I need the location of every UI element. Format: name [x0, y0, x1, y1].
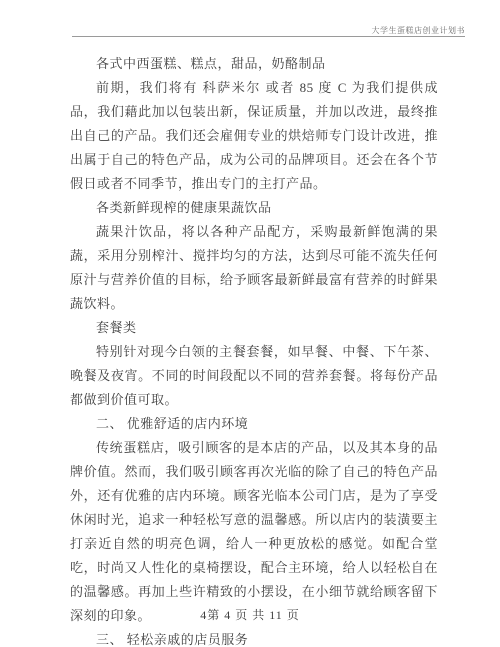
section-heading: 二、 优雅舒适的店内环境 [70, 412, 438, 436]
section-heading: 三、 轻松亲戚的店员服务 [70, 628, 438, 647]
paragraph: 蔬果汁饮品，将以各种产品配方，采购最新鲜饱满的果蔬，采用分别榨汁、搅拌均匀的方法… [70, 220, 438, 316]
document-body: 各式中西蛋糕、糕点，甜品，奶酪制品 前期，我们将有 科萨米尔 或者 85 度 C… [70, 52, 438, 647]
paragraph: 套餐类 [70, 316, 438, 340]
page-footer: 4第 4 页 共 11 页 [0, 606, 500, 623]
header-rule-divider [72, 36, 465, 37]
paragraph: 传统蛋糕店，吸引顾客的是本店的产品，以及其本身的品牌价值。然而，我们吸引顾客再次… [70, 436, 438, 628]
document-page: 大学生蛋糕店创业计划书 各式中西蛋糕、糕点，甜品，奶酪制品 前期，我们将有 科萨… [0, 0, 500, 647]
page-number: 4第 4 页 共 11 页 [200, 608, 300, 622]
header-title: 大学生蛋糕店创业计划书 [372, 25, 466, 36]
paragraph: 前期，我们将有 科萨米尔 或者 85 度 C 为我们提供成品，我们藉此加以包装出… [70, 76, 438, 196]
paragraph: 各类新鲜现榨的健康果蔬饮品 [70, 196, 438, 220]
paragraph: 各式中西蛋糕、糕点，甜品，奶酪制品 [70, 52, 438, 76]
paragraph: 特别针对现今白领的主餐套餐，如早餐、中餐、下午茶、晚餐及夜宵。不同的时间段配以不… [70, 340, 438, 412]
